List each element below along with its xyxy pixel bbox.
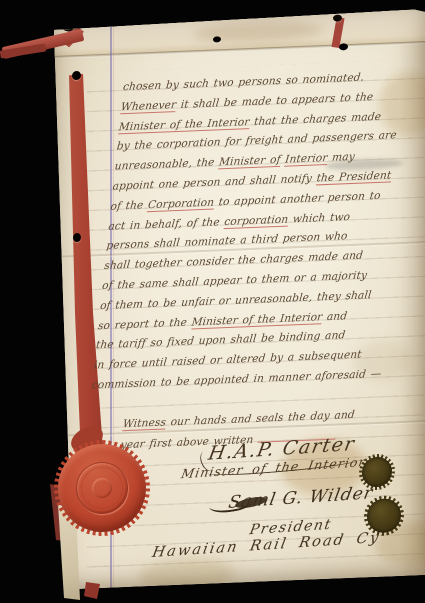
red-wax-seal-icon — [48, 434, 156, 542]
text-segment: that the charges made — [249, 110, 382, 127]
photo-background: chosen by such two persons so nominated.… — [0, 0, 425, 603]
underlined-text: Interior — [284, 152, 328, 167]
underlined-text: Whenever — [120, 99, 177, 114]
underlined-text: Minister of the Interior — [191, 311, 323, 329]
underlined-text: Witness — [122, 416, 166, 431]
underlined-text: Minister of the Interior — [118, 116, 250, 134]
punch-hole — [339, 43, 348, 50]
handwritten-body: chosen by such two persons so nominated.… — [91, 66, 424, 396]
text-segment: which two — [288, 211, 351, 226]
text-segment: and — [322, 310, 348, 323]
text-segment: our hands and seals the day and — [165, 409, 355, 429]
text-segment: so report to the — [97, 316, 192, 332]
text-segment: it shall be made to appears to the — [176, 91, 374, 111]
gold-notary-seal-icon — [364, 495, 404, 537]
underlined-text: Corporation — [147, 196, 214, 212]
text-segment: act in behalf, of the — [108, 216, 225, 233]
underlined-text: the President — [316, 169, 392, 185]
text-segment: appoint one person and shall notify — [112, 172, 317, 192]
underlined-text: Minister of — [218, 154, 281, 170]
text-segment: to appoint another person to — [213, 190, 381, 209]
text-segment: unreasonable, the — [114, 156, 220, 172]
gold-notary-seal-icon — [359, 453, 395, 490]
underlined-text: corporation — [224, 213, 289, 229]
text-segment: of the — [110, 199, 149, 213]
red-ribbon-tip — [84, 582, 101, 600]
text-segment: may — [327, 151, 356, 164]
